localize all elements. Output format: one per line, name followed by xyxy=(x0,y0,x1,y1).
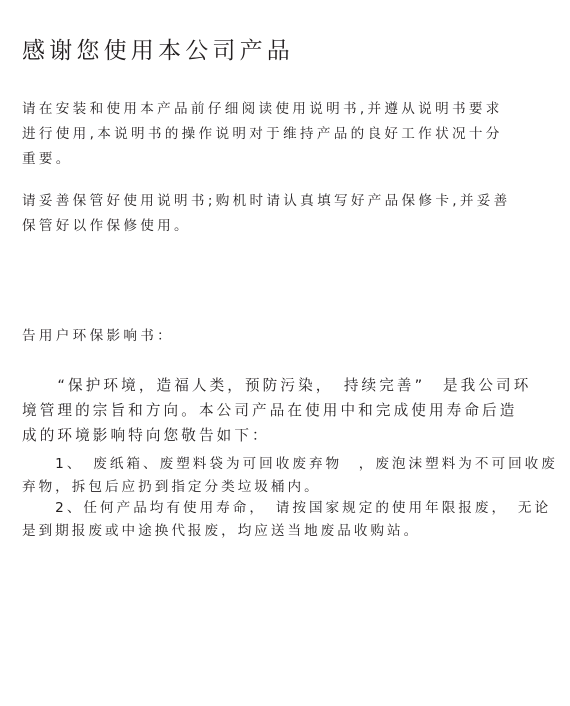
item-line: 弃物，拆包后应扔到指定分类垃圾桶内。 xyxy=(22,476,562,499)
environment-item-2: 2、任何产品均有使用寿命， 请按国家规定的使用年限报废， 无论 是到期报废或中途… xyxy=(22,497,562,543)
keep-manual-line: 请妥善保管好使用说明书;购机时请认真填写好产品保修卡,并妥善 xyxy=(22,189,552,214)
intro-line: 进行使用,本说明书的操作说明对于维持产品的良好工作状况十分 xyxy=(22,122,552,147)
intro-paragraph: 请在安装和使用本产品前仔细阅读使用说明书,并遵从说明书要求 进行使用,本说明书的… xyxy=(22,97,552,172)
keep-manual-line: 保管好以作保修使用。 xyxy=(22,214,552,239)
statement-line: “保护环境，造福人类，预防污染， 持续完善” 是我公司环 xyxy=(22,373,562,398)
environment-statement: “保护环境，造福人类，预防污染， 持续完善” 是我公司环 境管理的宗旨和方向。本… xyxy=(22,373,562,448)
intro-line: 请在安装和使用本产品前仔细阅读使用说明书,并遵从说明书要求 xyxy=(22,97,552,122)
intro-line: 重要。 xyxy=(22,147,552,172)
item-line: 是到期报废或中途换代报废，均应送当地废品收购站。 xyxy=(22,520,562,543)
item-line: 2、任何产品均有使用寿命， 请按国家规定的使用年限报废， 无论 xyxy=(22,497,562,520)
environment-heading: 告用户环保影响书： xyxy=(22,325,174,347)
item-line: 1、 废纸箱、废塑料袋为可回收废弃物 ，废泡沫塑料为不可回收废 xyxy=(22,453,562,476)
statement-line: 成的环境影响特向您敬告如下： xyxy=(22,423,562,448)
statement-line: 境管理的宗旨和方向。本公司产品在使用中和完成使用寿命后造 xyxy=(22,398,562,423)
page-title: 感谢您使用本公司产品 xyxy=(22,36,294,66)
environment-item-1: 1、 废纸箱、废塑料袋为可回收废弃物 ，废泡沫塑料为不可回收废 弃物，拆包后应扔… xyxy=(22,453,562,499)
manual-page: 感谢您使用本公司产品 请在安装和使用本产品前仔细阅读使用说明书,并遵从说明书要求… xyxy=(0,0,570,706)
keep-manual-paragraph: 请妥善保管好使用说明书;购机时请认真填写好产品保修卡,并妥善 保管好以作保修使用… xyxy=(22,189,552,239)
